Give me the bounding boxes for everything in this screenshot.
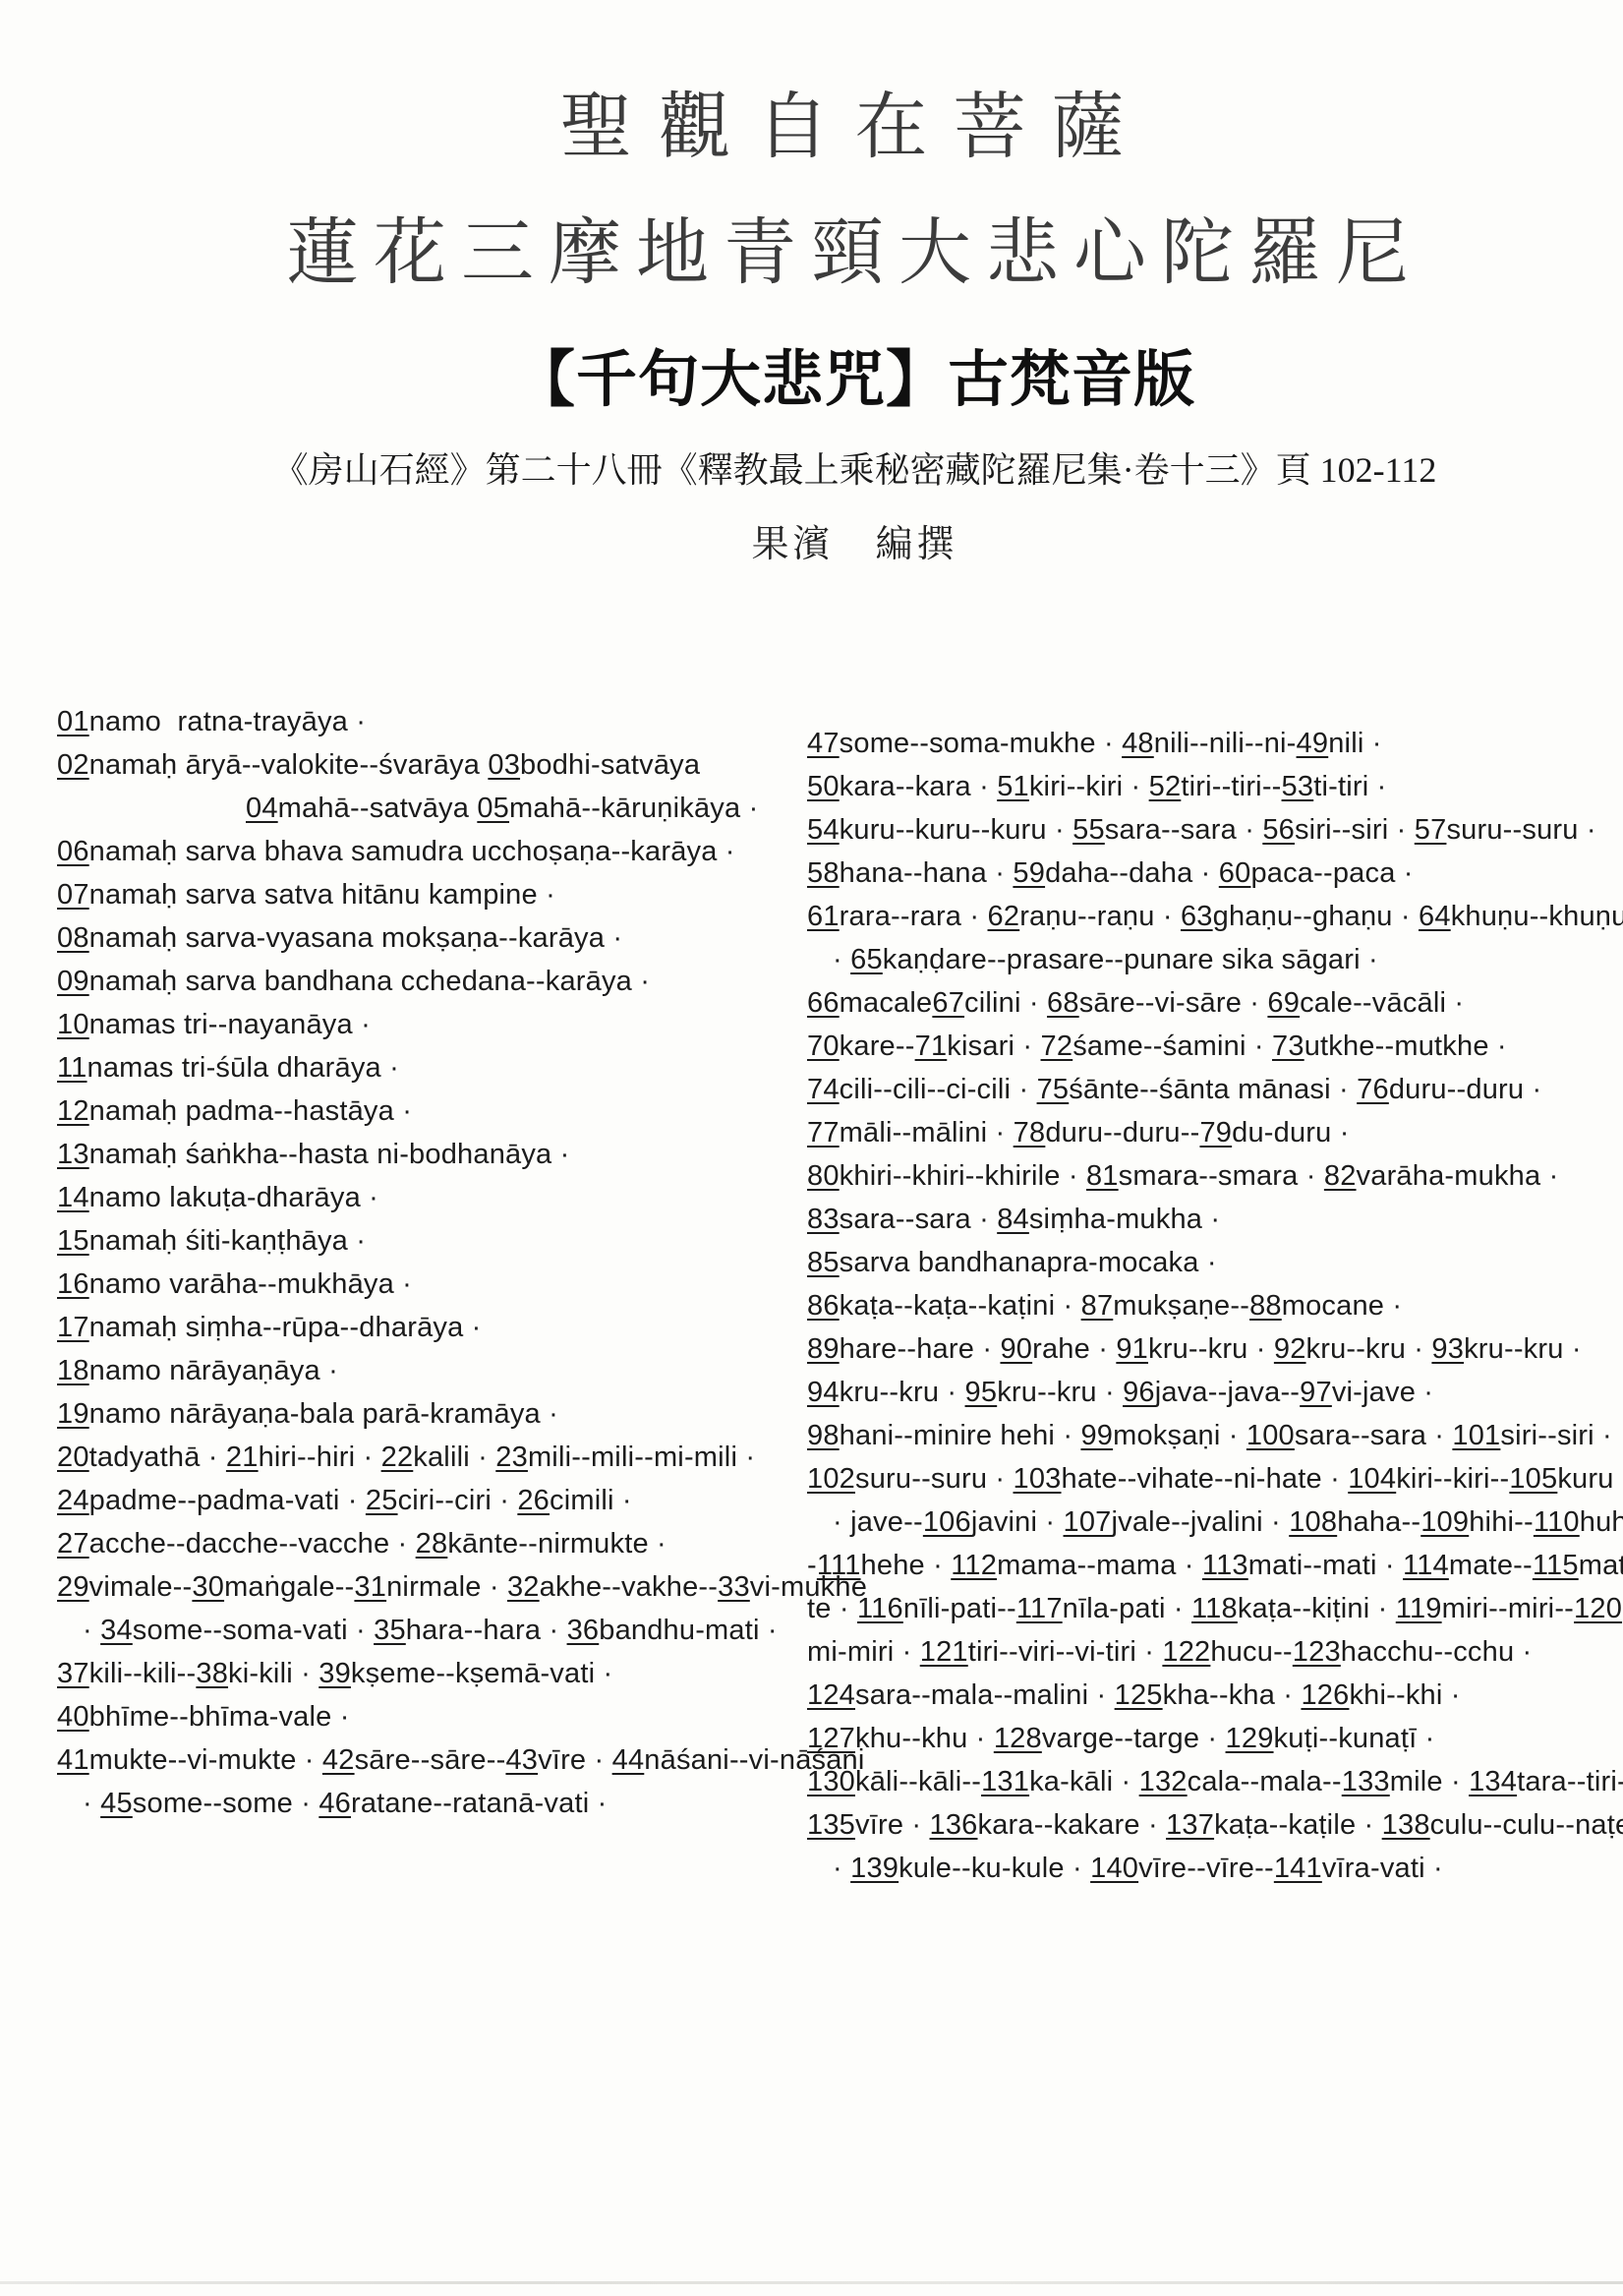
- phrase-number: 08: [57, 922, 89, 954]
- phrase-number: 123: [1293, 1636, 1341, 1668]
- phrase-number: 09: [57, 966, 89, 997]
- phrase-number: 02: [57, 749, 89, 781]
- phrase-number: 18: [57, 1355, 89, 1386]
- dharani-line: 16namo varāha--mukhāya ·: [57, 1263, 830, 1306]
- scan-artifact-line: [0, 2281, 1623, 2284]
- phrase-number: 79: [1199, 1117, 1232, 1148]
- dharani-line: 86kaṭa--kaṭa--kaṭini · 87mukṣaṇe--88moca…: [807, 1284, 1613, 1327]
- dharani-line: 04mahā--satvāya 05mahā--kāruṇikāya ·: [57, 787, 830, 830]
- dharani-line: 20tadyathā · 21hiri--hiri · 22kalili · 2…: [57, 1436, 830, 1479]
- phrase-number: 58: [807, 857, 840, 889]
- dharani-line: 83sara--sara · 84siṃha-mukha ·: [807, 1198, 1613, 1241]
- phrase-number: 62: [988, 901, 1020, 932]
- phrase-number: 97: [1300, 1377, 1332, 1408]
- phrase-number: 102: [807, 1463, 855, 1495]
- dharani-line: 124sara--mala--malini · 125kha--kha · 12…: [807, 1674, 1613, 1717]
- dharani-line: · 34some--soma-vati · 35hara--hara · 36b…: [57, 1609, 830, 1652]
- phrase-number: 61: [807, 901, 840, 932]
- phrase-number: 105: [1509, 1463, 1557, 1495]
- dharani-line: te · 116nīli-pati--117nīla-pati · 118kaṭ…: [807, 1587, 1613, 1630]
- phrase-number: 22: [381, 1442, 414, 1473]
- dharani-line: 11namas tri-śūla dharāya ·: [57, 1046, 830, 1089]
- main-heading: 【千句大悲咒】古梵音版: [43, 330, 1623, 418]
- phrase-number: 74: [807, 1074, 840, 1105]
- author-line: 果濱 編撰: [43, 513, 1623, 567]
- phrase-number: 07: [57, 879, 89, 911]
- phrase-number: 54: [807, 814, 840, 846]
- dharani-line: 80khiri--khiri--khirile · 81smara--smara…: [807, 1154, 1613, 1198]
- dharani-line: 10namas tri--nayanāya ·: [57, 1003, 830, 1046]
- dharani-line: 24padme--padma-vati · 25ciri--ciri · 26c…: [57, 1479, 830, 1522]
- phrase-number: 91: [1116, 1333, 1148, 1365]
- phrase-number: 73: [1272, 1030, 1304, 1062]
- phrase-number: 88: [1249, 1290, 1282, 1322]
- phrase-number: 42: [322, 1744, 355, 1776]
- dharani-line: 40bhīme--bhīma-vale ·: [57, 1695, 830, 1738]
- phrase-number: 70: [807, 1030, 840, 1062]
- dharani-line: 02namaḥ āryā--valokite--śvarāya 03bodhi-…: [57, 743, 830, 787]
- phrase-number: 124: [807, 1679, 855, 1711]
- dharani-line: 15namaḥ śiti-kaṇṭhāya ·: [57, 1219, 830, 1263]
- phrase-number: 140: [1090, 1853, 1138, 1884]
- dharani-line: 77māli--mālini · 78duru--duru--79du-duru…: [807, 1111, 1613, 1154]
- dharani-line: 74cili--cili--ci-cili · 75śānte--śānta m…: [807, 1068, 1613, 1111]
- dharani-line: 127khu--khu · 128varge--targe · 129kuṭi-…: [807, 1717, 1613, 1760]
- phrase-number: 78: [1014, 1117, 1046, 1148]
- phrase-number: 56: [1262, 814, 1295, 846]
- seal-script-title-line2: 蓮花三摩地青頸大悲心陀羅尼: [43, 195, 1623, 299]
- phrase-number: 114: [1403, 1550, 1449, 1581]
- phrase-number: 96: [1123, 1377, 1155, 1408]
- phrase-number: 92: [1274, 1333, 1306, 1365]
- phrase-number: 119: [1396, 1593, 1442, 1624]
- dharani-line: 01namo ratna-trayāya ·: [57, 700, 830, 743]
- phrase-number: 80: [807, 1160, 840, 1192]
- phrase-number: 21: [226, 1442, 259, 1473]
- phrase-number: 11: [57, 1052, 87, 1084]
- phrase-number: 122: [1162, 1636, 1210, 1668]
- phrase-number: 05: [477, 793, 509, 824]
- seal-script-title-line1: 聖觀自在菩薩: [43, 69, 1623, 173]
- phrase-number: 64: [1419, 901, 1451, 932]
- phrase-number: 01: [57, 706, 89, 737]
- phrase-number: 75: [1037, 1074, 1070, 1105]
- phrase-number: 48: [1122, 728, 1154, 759]
- phrase-number: 87: [1081, 1290, 1114, 1322]
- phrase-number: 103: [1014, 1463, 1062, 1495]
- phrase-number: 99: [1080, 1420, 1113, 1451]
- phrase-number: 28: [416, 1528, 448, 1560]
- phrase-number: 93: [1431, 1333, 1464, 1365]
- phrase-number: 128: [994, 1723, 1042, 1754]
- phrase-number: 76: [1357, 1074, 1389, 1105]
- phrase-number: 66: [807, 987, 840, 1019]
- phrase-number: 82: [1324, 1160, 1357, 1192]
- phrase-number: 90: [1000, 1333, 1032, 1365]
- phrase-number: 134: [1469, 1766, 1517, 1797]
- phrase-number: 39: [319, 1658, 351, 1689]
- phrase-number: 137: [1166, 1809, 1214, 1841]
- phrase-number: 125: [1115, 1679, 1163, 1711]
- phrase-number: 131: [981, 1766, 1029, 1797]
- phrase-number: 95: [965, 1377, 998, 1408]
- phrase-number: 20: [57, 1442, 89, 1473]
- dharani-line: 06namaḥ sarva bhava samudra ucchoṣaṇa--k…: [57, 830, 830, 873]
- phrase-number: 24: [57, 1485, 89, 1516]
- phrase-number: 34: [100, 1615, 133, 1646]
- phrase-number: 141: [1274, 1853, 1322, 1884]
- phrase-number: 84: [997, 1204, 1029, 1235]
- dharani-line: · jave--106javini · 107jvale--jvalini · …: [807, 1501, 1613, 1544]
- phrase-number: 98: [807, 1420, 840, 1451]
- phrase-number: 16: [57, 1268, 89, 1300]
- phrase-number: 60: [1219, 857, 1251, 889]
- phrase-number: 57: [1415, 814, 1447, 846]
- phrase-number: 35: [374, 1615, 406, 1646]
- phrase-number: 27: [57, 1528, 89, 1560]
- dharani-line: 70kare--71kisari · 72śame--śamini · 73ut…: [807, 1025, 1613, 1068]
- dharani-line: -111hehe · 112mama--mama · 113mati--mati…: [807, 1544, 1613, 1587]
- phrase-number: 19: [57, 1398, 89, 1430]
- phrase-number: 37: [57, 1658, 89, 1689]
- phrase-number: 33: [718, 1571, 750, 1603]
- dharani-line: 89hare--hare · 90rahe · 91kru--kru · 92k…: [807, 1327, 1613, 1371]
- dharani-line: 09namaḥ sarva bandhana cchedana--karāya …: [57, 960, 830, 1003]
- phrase-number: 06: [57, 836, 89, 867]
- dharani-line: 94kru--kru · 95kru--kru · 96java--java--…: [807, 1371, 1613, 1414]
- phrase-number: 14: [57, 1182, 89, 1213]
- phrase-number: 101: [1452, 1420, 1500, 1451]
- phrase-number: 132: [1139, 1766, 1188, 1797]
- dharani-line: 58hana--hana · 59daha--daha · 60paca--pa…: [807, 852, 1613, 895]
- phrase-number: 32: [507, 1571, 540, 1603]
- dharani-column-left: 01namo ratna-trayāya ·02namaḥ āryā--valo…: [57, 700, 830, 1825]
- phrase-number: 111: [817, 1550, 861, 1581]
- phrase-number: 71: [915, 1030, 948, 1062]
- phrase-number: 25: [366, 1485, 398, 1516]
- phrase-number: 94: [807, 1377, 840, 1408]
- dharani-line: · 45some--some · 46ratane--ratanā-vati ·: [57, 1782, 830, 1825]
- phrase-number: 69: [1267, 987, 1300, 1019]
- phrase-number: 45: [100, 1788, 133, 1819]
- phrase-number: 107: [1064, 1506, 1112, 1538]
- phrase-number: 113: [1202, 1550, 1248, 1581]
- dharani-line: mi-miri · 121tiri--viri--vi-tiri · 122hu…: [807, 1630, 1613, 1674]
- dharani-line: 61rara--rara · 62raṇu--raṇu · 63ghaṇu--g…: [807, 895, 1613, 938]
- phrase-number: 133: [1342, 1766, 1390, 1797]
- phrase-number: 86: [807, 1290, 840, 1322]
- dharani-line: 29vimale--30maṅgale--31nirmale · 32akhe-…: [57, 1565, 830, 1609]
- dharani-line: 13namaḥ śaṅkha--hasta ni-bodhanāya ·: [57, 1133, 830, 1176]
- phrase-number: 112: [951, 1550, 997, 1581]
- phrase-number: 52: [1149, 771, 1182, 802]
- phrase-number: 29: [57, 1571, 89, 1603]
- dharani-line: · 65kaṇḍare--prasare--punare sika sāgari…: [807, 938, 1613, 981]
- phrase-number: 106: [923, 1506, 971, 1538]
- phrase-number: 109: [1420, 1506, 1469, 1538]
- phrase-number: 68: [1047, 987, 1079, 1019]
- dharani-line: 102suru--suru · 103hate--vihate--ni-hate…: [807, 1457, 1613, 1501]
- phrase-number: 115: [1533, 1550, 1579, 1581]
- phrase-number: 104: [1348, 1463, 1396, 1495]
- phrase-number: 63: [1181, 901, 1213, 932]
- phrase-number: 13: [57, 1139, 89, 1170]
- dharani-line: 47some--soma-mukhe · 48nili--nili--ni-49…: [807, 722, 1613, 765]
- phrase-number: 46: [319, 1788, 351, 1819]
- dharani-line: 41mukte--vi-mukte · 42sāre--sāre--43vīre…: [57, 1738, 830, 1782]
- phrase-number: 138: [1382, 1809, 1430, 1841]
- dharani-column-right: 47some--soma-mukhe · 48nili--nili--ni-49…: [807, 722, 1613, 1890]
- dharani-line: 07namaḥ sarva satva hitānu kampine ·: [57, 873, 830, 916]
- phrase-number: 127: [807, 1723, 855, 1754]
- phrase-number: 23: [495, 1442, 528, 1473]
- phrase-number: 12: [57, 1095, 89, 1127]
- phrase-number: 110: [1534, 1506, 1580, 1538]
- phrase-number: 65: [850, 944, 883, 975]
- phrase-number: 81: [1086, 1160, 1119, 1192]
- phrase-number: 40: [57, 1701, 89, 1733]
- phrase-number: 53: [1282, 771, 1314, 802]
- phrase-number: 41: [57, 1744, 89, 1776]
- phrase-number: 135: [807, 1809, 855, 1841]
- phrase-number: 116: [857, 1593, 903, 1624]
- phrase-number: 77: [807, 1117, 840, 1148]
- phrase-number: 130: [807, 1766, 855, 1797]
- dharani-line: 66macale67cilini · 68sāre--vi-sāre · 69c…: [807, 981, 1613, 1025]
- phrase-number: 59: [1013, 857, 1045, 889]
- phrase-number: 44: [612, 1744, 645, 1776]
- phrase-number: 04: [246, 793, 278, 824]
- dharani-line: 12namaḥ padma--hastāya ·: [57, 1089, 830, 1133]
- phrase-number: 43: [505, 1744, 538, 1776]
- dharani-line: 27acche--dacche--vacche · 28kānte--nirmu…: [57, 1522, 830, 1565]
- phrase-number: 36: [567, 1615, 600, 1646]
- phrase-number: 30: [192, 1571, 224, 1603]
- phrase-number: 129: [1226, 1723, 1274, 1754]
- phrase-number: 121: [920, 1636, 968, 1668]
- document-page: 聖觀自在菩薩 蓮花三摩地青頸大悲心陀羅尼 【千句大悲咒】古梵音版 《房山石經》第…: [0, 0, 1623, 2296]
- phrase-number: 139: [850, 1853, 898, 1884]
- dharani-line: 19namo nārāyaṇa-bala parā-kramāya ·: [57, 1392, 830, 1436]
- dharani-line: 14namo lakuṭa-dharāya ·: [57, 1176, 830, 1219]
- phrase-number: 17: [57, 1312, 89, 1343]
- dharani-line: 135vīre · 136kara--kakare · 137kaṭa--kaṭ…: [807, 1803, 1613, 1847]
- phrase-number: 15: [57, 1225, 89, 1257]
- dharani-line: · 139kule--ku-kule · 140vīre--vīre--141v…: [807, 1847, 1613, 1890]
- dharani-line: 37kili--kili--38ki-kili · 39kṣeme--kṣemā…: [57, 1652, 830, 1695]
- dharani-line: 18namo nārāyaṇāya ·: [57, 1349, 830, 1392]
- phrase-number: 85: [807, 1247, 840, 1278]
- phrase-number: 100: [1246, 1420, 1295, 1451]
- phrase-number: 117: [1016, 1593, 1063, 1624]
- dharani-line: 50kara--kara · 51kiri--kiri · 52tiri--ti…: [807, 765, 1613, 808]
- phrase-number: 89: [807, 1333, 840, 1365]
- dharani-line: 98hani--minire hehi · 99mokṣaṇi · 100sar…: [807, 1414, 1613, 1457]
- phrase-number: 03: [488, 749, 520, 781]
- phrase-number: 49: [1297, 728, 1329, 759]
- source-citation: 《房山石經》第二十八冊《釋教最上乘秘密藏陀羅尼集·卷十三》頁 102-112: [43, 442, 1623, 493]
- phrase-number: 67: [932, 987, 964, 1019]
- dharani-line: 54kuru--kuru--kuru · 55sara--sara · 56si…: [807, 808, 1613, 852]
- dharani-line: 85sarva bandhanapra-mocaka ·: [807, 1241, 1613, 1284]
- dharani-line: 08namaḥ sarva-vyasana mokṣaṇa--karāya ·: [57, 916, 830, 960]
- phrase-number: 108: [1289, 1506, 1337, 1538]
- phrase-number: 120: [1574, 1593, 1622, 1624]
- phrase-number: 126: [1301, 1679, 1349, 1711]
- phrase-number: 31: [354, 1571, 386, 1603]
- phrase-number: 118: [1191, 1593, 1238, 1624]
- phrase-number: 26: [517, 1485, 550, 1516]
- phrase-number: 72: [1041, 1030, 1073, 1062]
- phrase-number: 83: [807, 1204, 840, 1235]
- phrase-number: 50: [807, 771, 840, 802]
- dharani-line: 17namaḥ siṃha--rūpa--dharāya ·: [57, 1306, 830, 1349]
- phrase-number: 51: [997, 771, 1029, 802]
- phrase-number: 47: [807, 728, 840, 759]
- phrase-number: 136: [930, 1809, 978, 1841]
- phrase-number: 38: [196, 1658, 228, 1689]
- phrase-number: 55: [1072, 814, 1105, 846]
- dharani-line: 130kāli--kāli--131ka-kāli · 132cala--mal…: [807, 1760, 1613, 1803]
- phrase-number: 10: [57, 1009, 89, 1040]
